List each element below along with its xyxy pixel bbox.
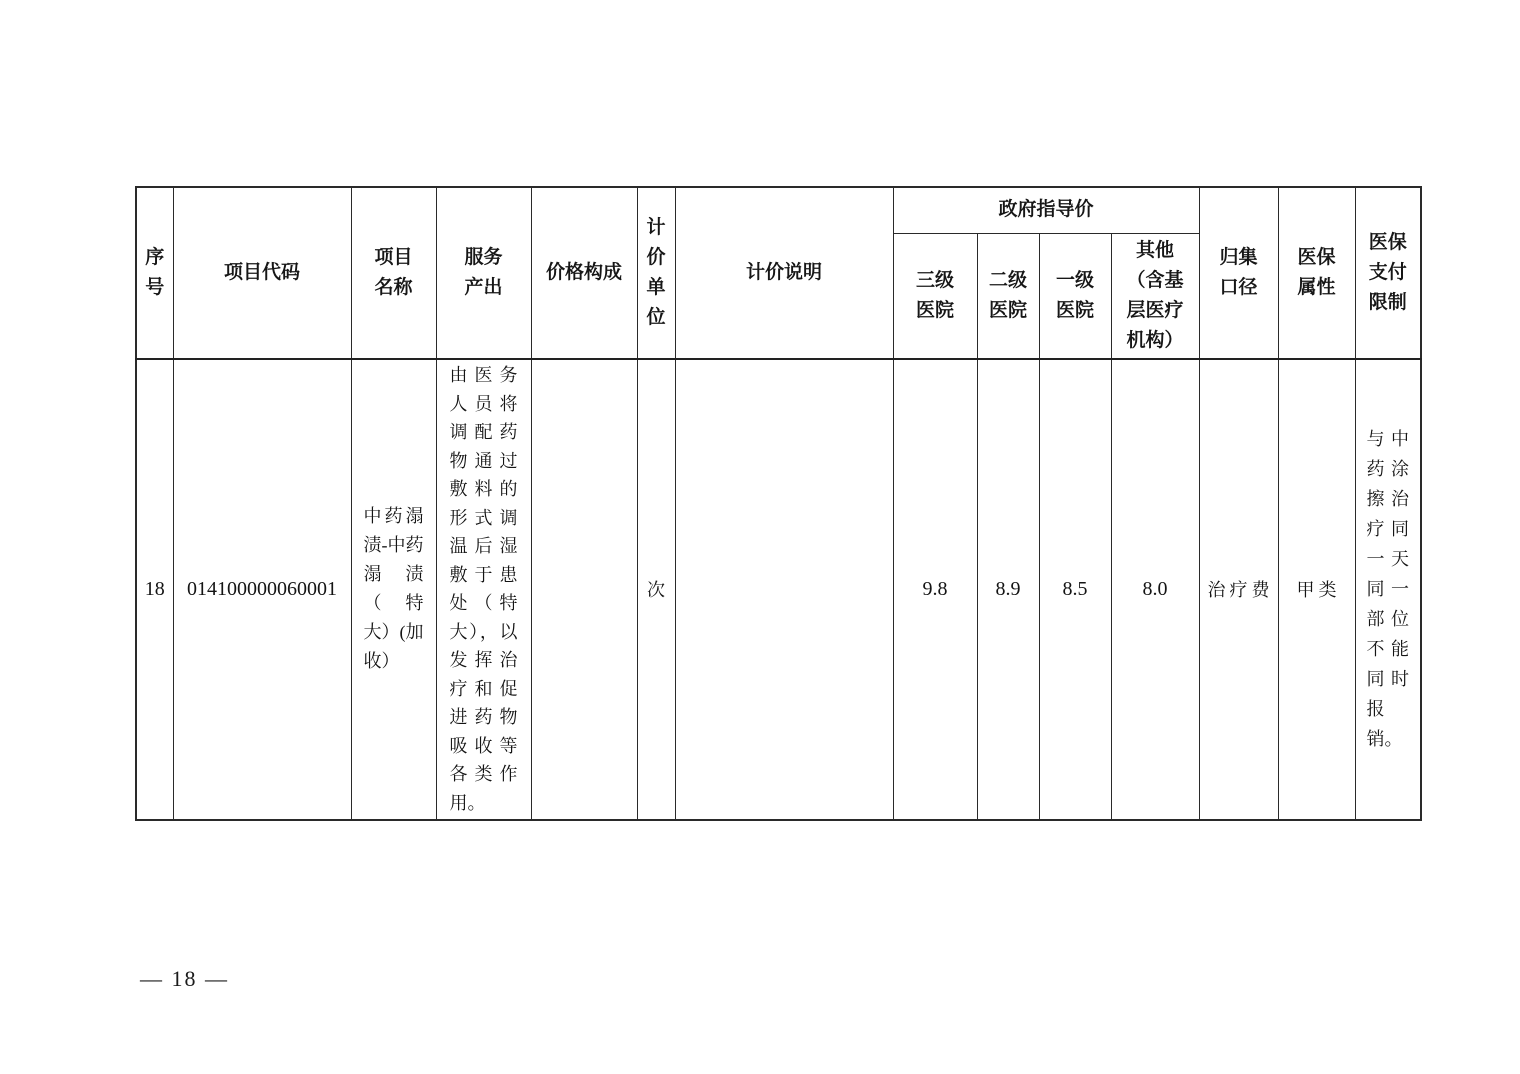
header-tier3-hospital: 三级 医院 (893, 233, 977, 359)
cell-insurance-attr: 甲类 (1278, 359, 1355, 820)
header-gov-guide-price: 政府指导价 (893, 187, 1199, 233)
cell-pricing-note (675, 359, 893, 820)
header-item-name: 项目 名称 (351, 187, 436, 359)
header-item-code: 项目代码 (173, 187, 351, 359)
cell-item-name: 中药溻渍-中药溻渍（特大）(加收） (351, 359, 436, 820)
header-service-output: 服务 产出 (436, 187, 531, 359)
header-tier1-hospital: 一级 医院 (1039, 233, 1111, 359)
header-pricing-unit: 计 价 单 位 (637, 187, 675, 359)
header-insurance-attr: 医保 属性 (1278, 187, 1355, 359)
header-seq: 序 号 (136, 187, 173, 359)
medical-service-pricing-table: 序 号 项目代码 项目 名称 服务 产出 价格构成 计 价 单 位 计价说明 政… (135, 186, 1422, 821)
cell-service-output: 由医务人员将调配药物通过敷料的形式调温后湿敷于患处（特大），以发挥治疗和促进药物… (436, 359, 531, 820)
header-collection-caliber: 归集 口径 (1199, 187, 1278, 359)
cell-payment-limit: 与中药涂擦治疗同一天同一部位不能同时报销。 (1355, 359, 1421, 820)
header-tier2-hospital: 二级 医院 (977, 233, 1039, 359)
cell-price-tier3: 9.8 (893, 359, 977, 820)
header-pricing-note: 计价说明 (675, 187, 893, 359)
cell-pricing-unit: 次 (637, 359, 675, 820)
table-row: 18 014100000060001 中药溻渍-中药溻渍（特大）(加收） 由医务… (136, 359, 1421, 820)
header-payment-limit: 医保 支付 限制 (1355, 187, 1421, 359)
header-other-hospital: 其他 （含基 层医疗 机构） (1111, 233, 1199, 359)
page-number: — 18 — (140, 966, 229, 992)
cell-seq: 18 (136, 359, 173, 820)
cell-price-other: 8.0 (1111, 359, 1199, 820)
cell-collection-caliber: 治疗费 (1199, 359, 1278, 820)
cell-price-tier2: 8.9 (977, 359, 1039, 820)
cell-item-code: 014100000060001 (173, 359, 351, 820)
cell-price-composition (531, 359, 637, 820)
cell-price-tier1: 8.5 (1039, 359, 1111, 820)
header-price-composition: 价格构成 (531, 187, 637, 359)
